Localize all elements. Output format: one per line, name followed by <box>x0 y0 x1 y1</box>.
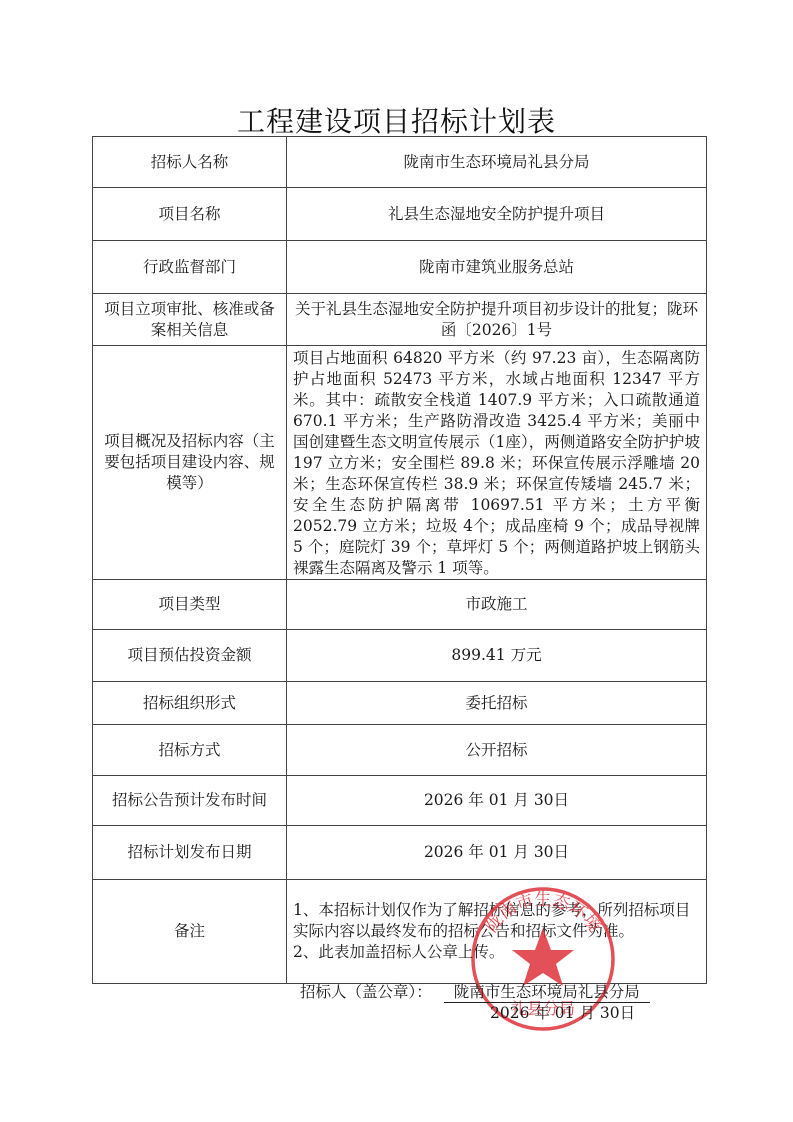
row-label: 项目立项审批、核准或备案相关信息 <box>93 294 287 346</box>
row-label: 项目概况及招标内容（主要包括项目建设内容、规模等） <box>93 346 287 580</box>
row-label: 招标人名称 <box>93 137 287 188</box>
signature-label: 招标人（盖公章）： <box>300 980 432 1002</box>
row-label: 行政监督部门 <box>93 241 287 294</box>
table-row: 项目名称 礼县生态湿地安全防护提升项目 <box>93 188 707 241</box>
row-value: 陇南市建筑业服务总站 <box>287 241 707 294</box>
remarks-line-1: 1、本招标计划仅作为了解招标信息的参考，所列招标项目实际内容以最终发布的招标公告… <box>293 900 700 942</box>
table-row: 项目立项审批、核准或备案相关信息 关于礼县生态湿地安全防护提升项目初步设计的批复… <box>93 294 707 346</box>
row-value: 关于礼县生态湿地安全防护提升项目初步设计的批复；陇环函〔2026〕1号 <box>287 294 707 346</box>
signature-name: 陇南市生态环境局礼县分局 <box>444 980 650 1003</box>
table-row: 招标计划发布日期 2026 年 01 月 30日 <box>93 826 707 880</box>
row-label: 招标方式 <box>93 725 287 776</box>
row-value: 899.41 万元 <box>287 630 707 682</box>
table-row: 项目预估投资金额 899.41 万元 <box>93 630 707 682</box>
row-value: 项目占地面积 64820 平方米（约 97.23 亩），生态隔离防护占地面积 5… <box>287 346 707 580</box>
row-label: 项目预估投资金额 <box>93 630 287 682</box>
document-title: 工程建设项目招标计划表 <box>0 100 793 140</box>
table-row: 招标公告预计发布时间 2026 年 01 月 30日 <box>93 776 707 826</box>
table-row: 项目类型 市政施工 <box>93 580 707 630</box>
table-row: 招标人名称 陇南市生态环境局礼县分局 <box>93 137 707 188</box>
row-label: 项目类型 <box>93 580 287 630</box>
tender-plan-table: 招标人名称 陇南市生态环境局礼县分局 项目名称 礼县生态湿地安全防护提升项目 行… <box>92 136 707 984</box>
table-row: 行政监督部门 陇南市建筑业服务总站 <box>93 241 707 294</box>
row-value: 市政施工 <box>287 580 707 630</box>
table-row: 项目概况及招标内容（主要包括项目建设内容、规模等） 项目占地面积 64820 平… <box>93 346 707 580</box>
row-value: 陇南市生态环境局礼县分局 <box>287 137 707 188</box>
signature-date: 2026 年 01 月 30日 <box>490 1001 635 1023</box>
remarks-label: 备注 <box>93 880 287 984</box>
row-label: 招标计划发布日期 <box>93 826 287 880</box>
table-row: 招标组织形式 委托招标 <box>93 682 707 725</box>
table-row-remarks: 备注 1、本招标计划仅作为了解招标信息的参考，所列招标项目实际内容以最终发布的招… <box>93 880 707 984</box>
row-label: 招标组织形式 <box>93 682 287 725</box>
row-label: 项目名称 <box>93 188 287 241</box>
remarks-value: 1、本招标计划仅作为了解招标信息的参考，所列招标项目实际内容以最终发布的招标公告… <box>287 880 707 984</box>
table-row: 招标方式 公开招标 <box>93 725 707 776</box>
row-value: 2026 年 01 月 30日 <box>287 826 707 880</box>
remarks-line-2: 2、此表加盖招标人公章上传。 <box>293 942 700 963</box>
row-value: 礼县生态湿地安全防护提升项目 <box>287 188 707 241</box>
signature-block: 招标人（盖公章）：陇南市生态环境局礼县分局 <box>300 980 650 1003</box>
row-value: 委托招标 <box>287 682 707 725</box>
row-value: 公开招标 <box>287 725 707 776</box>
row-label: 招标公告预计发布时间 <box>93 776 287 826</box>
row-value: 2026 年 01 月 30日 <box>287 776 707 826</box>
